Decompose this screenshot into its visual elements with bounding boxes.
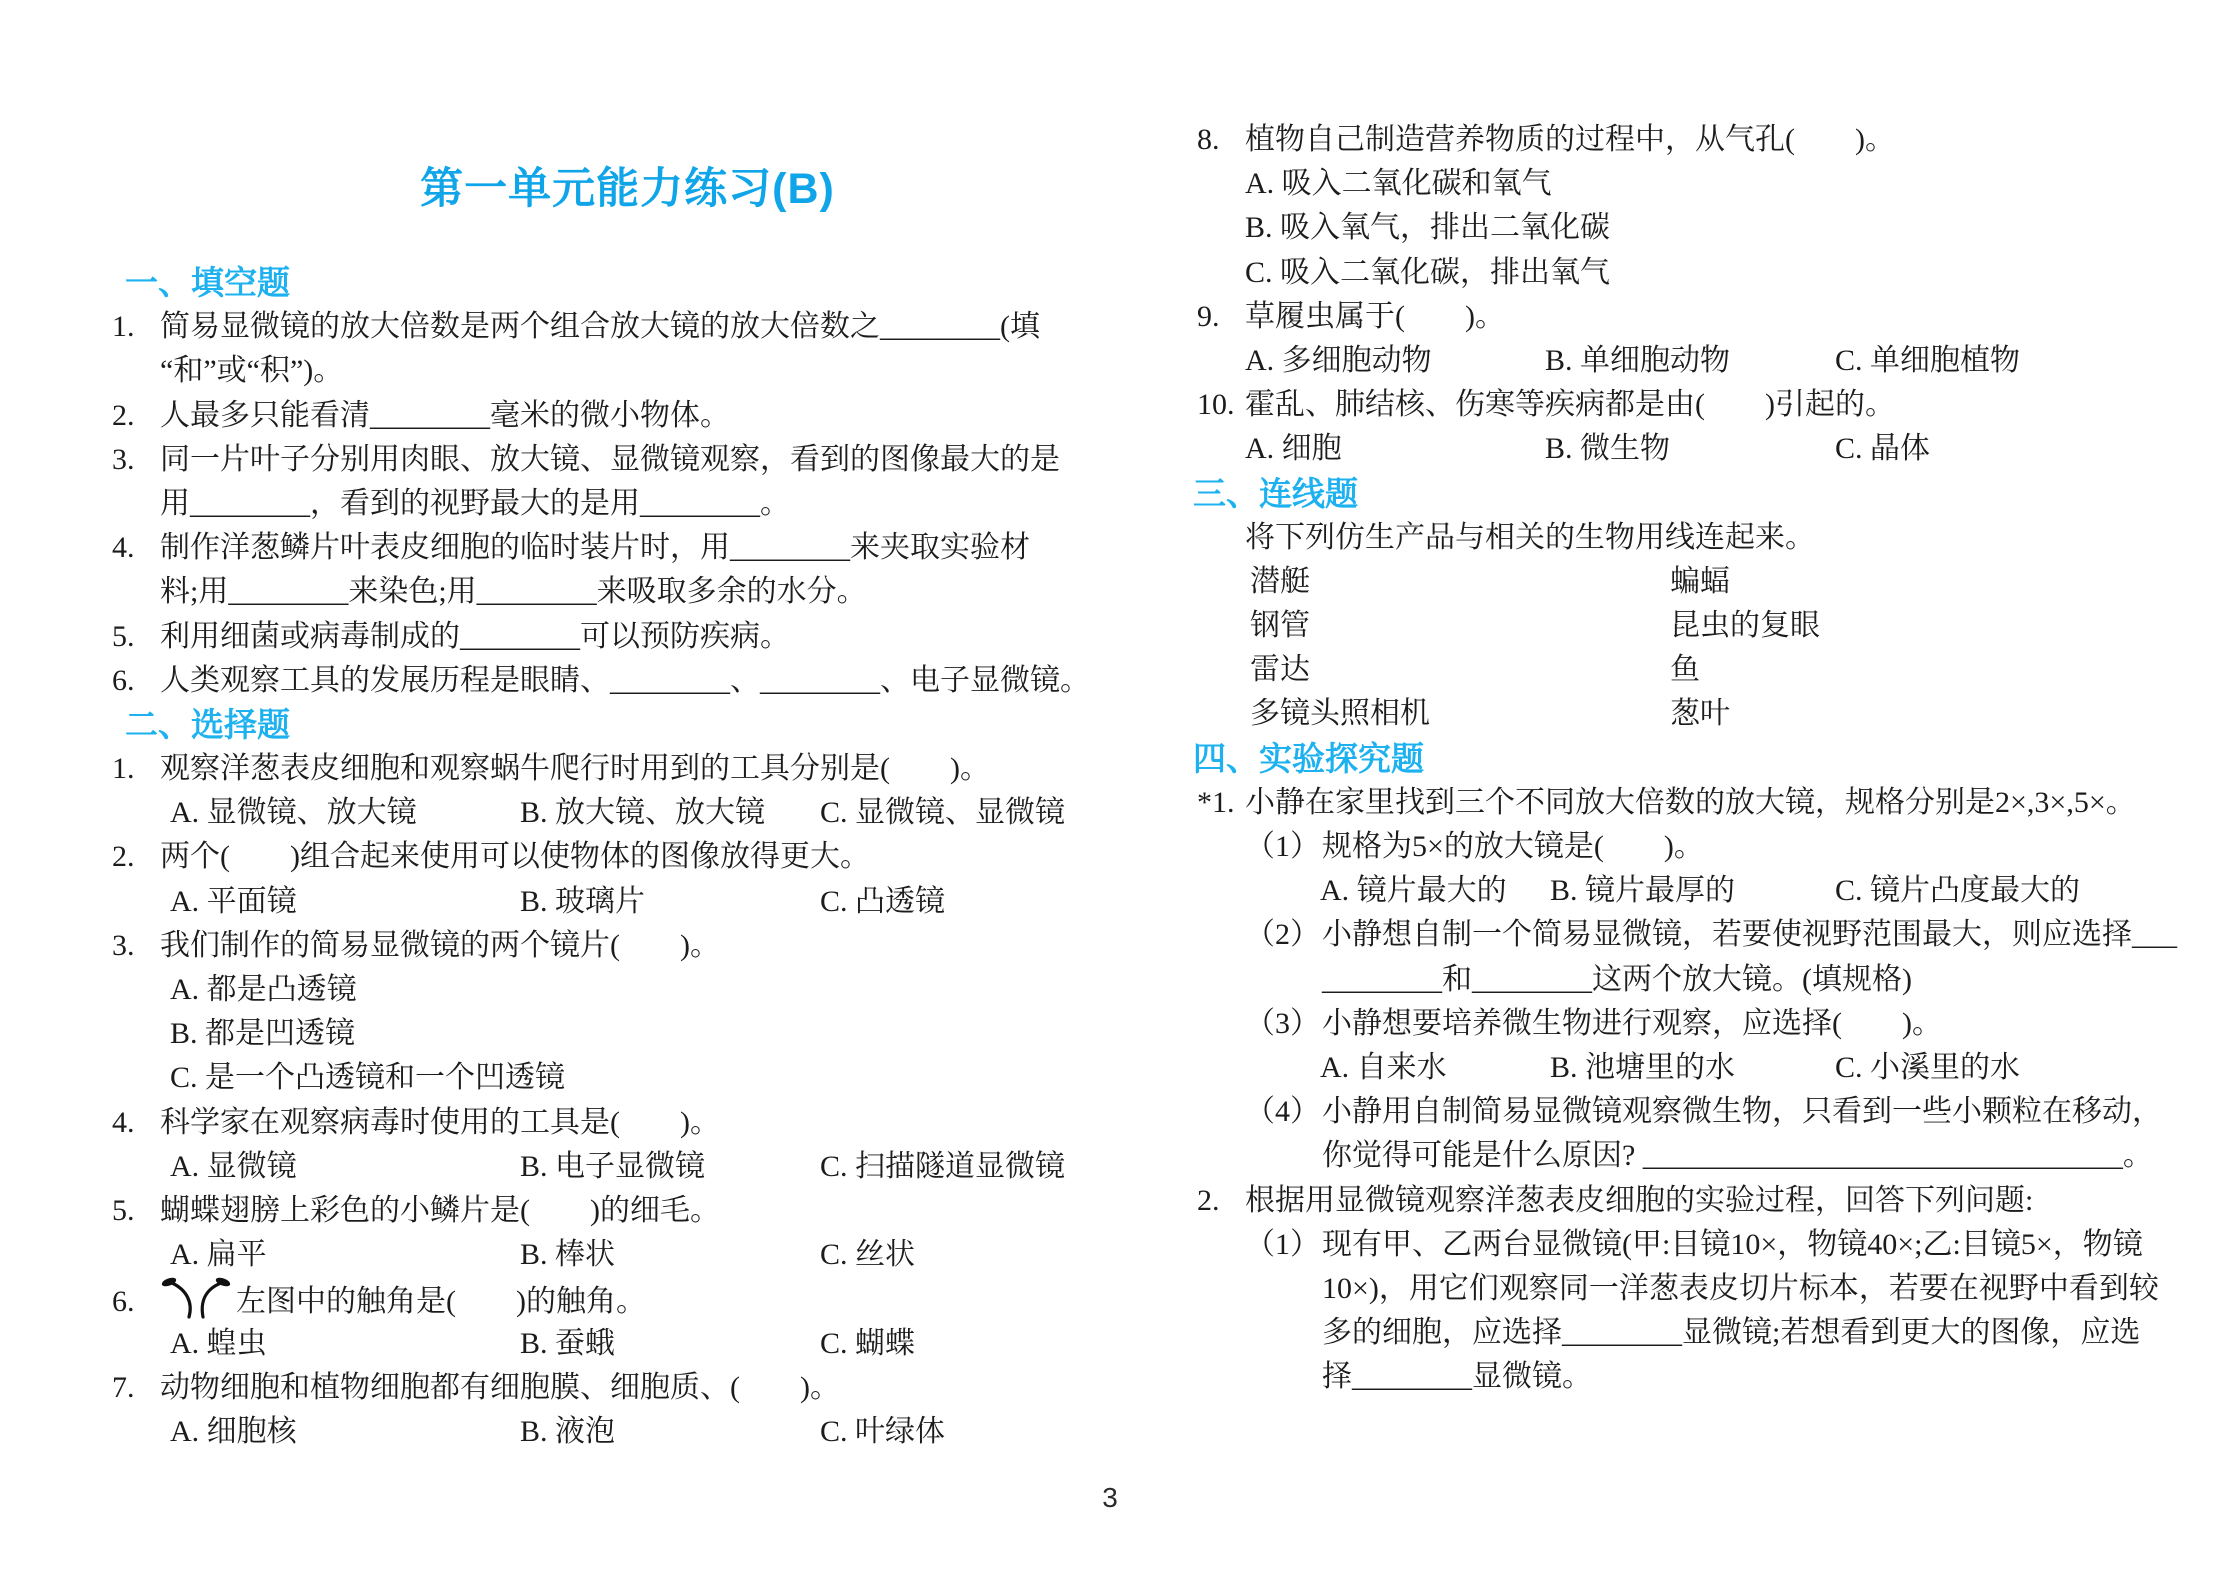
question-number: 6. [112,1280,160,1324]
question-text: 将下列仿生产品与相关的生物用线连起来。 [1245,521,1815,554]
match-right-item: 鱼 [1670,648,1700,692]
option-b: B. 棒状 [520,1233,820,1277]
sub-question-text: ________和________这两个放大镜。(填规格) [1322,963,1912,996]
sub-question-text: 规格为5×的放大镜是( )。 [1322,830,1704,863]
question-number: 8. [1197,118,1245,162]
option-c: C. 晶体 [1835,427,2200,471]
worksheet-page: 第一单元能力练习(B) 一、填空题1.简易显微镜的放大倍数是两个组合放大镜的放大… [0,0,2220,1571]
option-b: B. 池塘里的水 [1550,1046,1835,1090]
options-row: A. 多细胞动物B. 单细胞动物C. 单细胞植物 [1185,339,2200,383]
question-text: 简易显微镜的放大倍数是两个组合放大镜的放大倍数之________(填 [160,310,1040,343]
question-text: 根据用显微镜观察洋葱表皮细胞的实验过程，回答下列问题: [1245,1184,2033,1217]
sub-question-text: 择________显微镜。 [1322,1360,1592,1393]
question-text: 小静在家里找到三个不同放大倍数的放大镜，规格分别是2×,3×,5×。 [1245,786,2136,819]
question-line: 3.我们制作的简易显微镜的两个镜片( )。 [95,924,1105,968]
question-line: 4.科学家在观察病毒时使用的工具是( )。 [95,1101,1105,1145]
match-left-item: 潜艇 [1250,560,1670,604]
options-row: A. 显微镜、放大镜B. 放大镜、放大镜C. 显微镜、显微镜 [95,791,1105,835]
sub-question-number: （3） [1245,1002,1322,1046]
question-text: 制作洋葱鳞片叶表皮细胞的临时装片时，用________来夹取实验材 [160,531,1030,564]
question-number: 2. [1197,1179,1245,1223]
option-a: A. 自来水 [1320,1046,1550,1090]
option-b: B. 镜片最厚的 [1550,869,1835,913]
question-number: 2. [112,394,160,438]
question-number: 1. [112,747,160,791]
question-text: 料;用________来染色;用________来吸取多余的水分。 [160,575,867,608]
question-number: 5. [112,1189,160,1233]
question-number: 1. [112,305,160,349]
question-continuation-line: 用________，看到的视野最大的是用________。 [95,482,1105,526]
options-row: A. 平面镜B. 玻璃片C. 凸透镜 [95,880,1105,924]
options-row: A. 扁平B. 棒状C. 丝状 [95,1233,1105,1277]
question-text: 观察洋葱表皮细胞和观察蜗牛爬行时用到的工具分别是( )。 [160,752,990,785]
option-a: A. 细胞核 [170,1410,520,1454]
sub-question-continuation-line: ________和________这两个放大镜。(填规格) [1185,958,2200,1002]
question-text: 两个( )组合起来使用可以使物体的图像放得更大。 [160,840,870,873]
option-line: A. 都是凸透镜 [95,968,1105,1012]
question-line: 6.人类观察工具的发展历程是眼睛、________、________、电子显微镜… [95,659,1105,703]
option-text: C. 是一个凸透镜和一个凹透镜 [170,1061,565,1094]
question-line: 2.两个( )组合起来使用可以使物体的图像放得更大。 [95,835,1105,879]
option-a: A. 细胞 [1245,427,1545,471]
question-text: 蝴蝶翅膀上彩色的小鳞片是( )的细毛。 [160,1194,720,1227]
option-line: C. 是一个凸透镜和一个凹透镜 [95,1056,1105,1100]
match-right-item: 蝙蝠 [1670,560,1730,604]
option-c: C. 显微镜、显微镜 [820,791,1105,835]
option-text: A. 都是凸透镜 [170,973,357,1006]
match-right-item: 昆虫的复眼 [1670,604,1820,648]
question-continuation-line: “和”或“积”)。 [95,349,1105,393]
question-number: 6. [112,659,160,703]
question-line: 10.霍乱、肺结核、伤寒等疾病都是由( )引起的。 [1185,383,2200,427]
sub-question-number: （1） [1245,825,1322,869]
option-b: B. 微生物 [1545,427,1835,471]
option-c: C. 扫描隧道显微镜 [820,1145,1105,1189]
sub-question-text: 现有甲、乙两台显微镜(甲:目镜10×，物镜40×;乙:目镜5×，物镜 [1322,1228,2143,1261]
question-text: 草履虫属于( )。 [1245,300,1505,333]
sub-question-continuation-line: 你觉得可能是什么原因? ____________________________… [1185,1134,2200,1178]
option-text: B. 吸入氧气，排出二氧化碳 [1245,211,1610,244]
option-b: B. 电子显微镜 [520,1145,820,1189]
question-text: 用________，看到的视野最大的是用________。 [160,487,790,520]
sub-question-number: （2） [1245,913,1322,957]
sub-question-text: 你觉得可能是什么原因? ____________________________… [1322,1139,2153,1172]
section-heading: 四、实验探究题 [1185,737,2200,781]
sub-question-line: （1）现有甲、乙两台显微镜(甲:目镜10×，物镜40×;乙:目镜5×，物镜 [1185,1223,2200,1267]
question-text: “和”或“积”)。 [160,354,343,387]
options-row: A. 细胞核B. 液泡C. 叶绿体 [95,1410,1105,1454]
option-b: B. 蚕蛾 [520,1322,820,1366]
page-number: 3 [0,1482,2220,1514]
question-line: 3.同一片叶子分别用肉眼、放大镜、显微镜观察，看到的图像最大的是 [95,438,1105,482]
option-text: B. 都是凹透镜 [170,1017,355,1050]
option-b: B. 单细胞动物 [1545,339,1835,383]
option-a: A. 显微镜、放大镜 [170,791,520,835]
option-a: A. 多细胞动物 [1245,339,1545,383]
option-line: B. 都是凹透镜 [95,1012,1105,1056]
question-line: 5.蝴蝶翅膀上彩色的小鳞片是( )的细毛。 [95,1189,1105,1233]
section-heading: 一、填空题 [95,261,1105,305]
right-column: 8.植物自己制造营养物质的过程中，从气孔( )。A. 吸入二氧化碳和氧气B. 吸… [1185,0,2200,1399]
question-line: 9.草履虫属于( )。 [1185,295,2200,339]
option-c: C. 叶绿体 [820,1410,1105,1454]
question-text: 霍乱、肺结核、伤寒等疾病都是由( )引起的。 [1245,388,1895,421]
question-line: 8.植物自己制造营养物质的过程中，从气孔( )。 [1185,118,2200,162]
option-a: A. 扁平 [170,1233,520,1277]
question-number: 5. [112,615,160,659]
matching-row: 多镜头照相机葱叶 [1185,692,2200,736]
sub-question-line: （1）规格为5×的放大镜是( )。 [1185,825,2200,869]
question-line: 1.观察洋葱表皮细胞和观察蜗牛爬行时用到的工具分别是( )。 [95,747,1105,791]
option-c: C. 凸透镜 [820,880,1105,924]
question-number: 7. [112,1366,160,1410]
question-text: 人最多只能看清________毫米的微小物体。 [160,399,730,432]
sub-question-continuation-line: 择________显微镜。 [1185,1355,2200,1399]
sub-question-continuation-line: 10×)，用它们观察同一洋葱表皮切片标本，若要在视野中看到较 [1185,1267,2200,1311]
question-continuation-line: 料;用________来染色;用________来吸取多余的水分。 [95,570,1105,614]
option-a: A. 显微镜 [170,1145,520,1189]
question-line-with-icons: 6.左图中的触角是( )的触角。 [95,1277,1105,1321]
options-row: A. 显微镜B. 电子显微镜C. 扫描隧道显微镜 [95,1145,1105,1189]
question-text: 植物自己制造营养物质的过程中，从气孔( )。 [1245,123,1895,156]
option-a: A. 平面镜 [170,880,520,924]
sub-question-text: 小静想自制一个简易显微镜，若要使视野范围最大，则应选择___ [1322,918,2177,951]
question-number: 3. [112,438,160,482]
option-c: C. 丝状 [820,1233,1105,1277]
match-left-item: 多镜头照相机 [1250,692,1670,736]
section-heading: 三、连线题 [1185,472,2200,516]
match-left-item: 雷达 [1250,648,1670,692]
option-line: C. 吸入二氧化碳，排出氧气 [1185,251,2200,295]
butterfly-antenna-left-icon [160,1277,194,1319]
sub-question-line: （3）小静想要培养微生物进行观察，应选择( )。 [1185,1002,2200,1046]
matching-row: 钢管昆虫的复眼 [1185,604,2200,648]
butterfly-antenna-right-icon [198,1277,232,1319]
matching-row: 雷达鱼 [1185,648,2200,692]
option-c: C. 小溪里的水 [1835,1046,2200,1090]
right-column-lines: 8.植物自己制造营养物质的过程中，从气孔( )。A. 吸入二氧化碳和氧气B. 吸… [1185,118,2200,1399]
section-heading: 二、选择题 [95,703,1105,747]
option-c: C. 蝴蝶 [820,1322,1105,1366]
question-line: *1.小静在家里找到三个不同放大倍数的放大镜，规格分别是2×,3×,5×。 [1185,781,2200,825]
sub-question-text: 多的细胞，应选择________显微镜;若想看到更大的图像，应选 [1322,1316,2140,1349]
options-row: A. 细胞B. 微生物C. 晶体 [1185,427,2200,471]
sub-question-line: （2）小静想自制一个简易显微镜，若要使视野范围最大，则应选择___ [1185,913,2200,957]
question-line: 1.简易显微镜的放大倍数是两个组合放大镜的放大倍数之________(填 [95,305,1105,349]
question-number: 10. [1197,383,1245,427]
option-text: C. 吸入二氧化碳，排出氧气 [1245,256,1610,289]
question-number: 4. [112,526,160,570]
option-a: A. 镜片最大的 [1320,869,1550,913]
match-right-item: 葱叶 [1670,692,1730,736]
question-continuation-line: 将下列仿生产品与相关的生物用线连起来。 [1185,516,2200,560]
question-line: 5.利用细菌或病毒制成的________可以预防疾病。 [95,615,1105,659]
question-number: 2. [112,835,160,879]
options-row: A. 蝗虫B. 蚕蛾C. 蝴蝶 [95,1322,1105,1366]
option-c: C. 镜片凸度最大的 [1835,869,2200,913]
option-text: A. 吸入二氧化碳和氧气 [1245,167,1552,200]
question-line: 2.人最多只能看清________毫米的微小物体。 [95,394,1105,438]
left-column-lines: 一、填空题1.简易显微镜的放大倍数是两个组合放大镜的放大倍数之________(… [95,261,1105,1454]
sub-question-text: 小静用自制简易显微镜观察微生物，只看到一些小颗粒在移动， [1322,1095,2162,1128]
option-b: B. 液泡 [520,1410,820,1454]
question-number: *1. [1197,781,1245,825]
question-line: 4.制作洋葱鳞片叶表皮细胞的临时装片时，用________来夹取实验材 [95,526,1105,570]
option-b: B. 玻璃片 [520,880,820,924]
question-line: 2.根据用显微镜观察洋葱表皮细胞的实验过程，回答下列问题: [1185,1179,2200,1223]
question-text: 科学家在观察病毒时使用的工具是( )。 [160,1106,720,1139]
match-left-item: 钢管 [1250,604,1670,648]
question-text: 动物细胞和植物细胞都有细胞膜、细胞质、( )。 [160,1371,840,1404]
sub-question-continuation-line: 多的细胞，应选择________显微镜;若想看到更大的图像，应选 [1185,1311,2200,1355]
sub-question-text: 小静想要培养微生物进行观察，应选择( )。 [1322,1007,1942,1040]
sub-question-number: （4） [1245,1090,1322,1134]
left-column: 第一单元能力练习(B) 一、填空题1.简易显微镜的放大倍数是两个组合放大镜的放大… [95,0,1105,1454]
sub-question-text: 10×)，用它们观察同一洋葱表皮切片标本，若要在视野中看到较 [1322,1272,2159,1305]
question-text: 同一片叶子分别用肉眼、放大镜、显微镜观察，看到的图像最大的是 [160,443,1060,476]
question-text: 利用细菌或病毒制成的________可以预防疾病。 [160,620,790,653]
option-a: A. 蝗虫 [170,1322,520,1366]
option-b: B. 放大镜、放大镜 [520,791,820,835]
option-c: C. 单细胞植物 [1835,339,2200,383]
sub-question-number: （1） [1245,1223,1322,1267]
question-text: 左图中的触角是( )的触角。 [236,1285,646,1318]
question-line: 7.动物细胞和植物细胞都有细胞膜、细胞质、( )。 [95,1366,1105,1410]
option-line: B. 吸入氧气，排出二氧化碳 [1185,206,2200,250]
sub-question-line: （4）小静用自制简易显微镜观察微生物，只看到一些小颗粒在移动， [1185,1090,2200,1134]
options-row: A. 自来水B. 池塘里的水C. 小溪里的水 [1185,1046,2200,1090]
matching-row: 潜艇蝙蝠 [1185,560,2200,604]
question-number: 9. [1197,295,1245,339]
page-title: 第一单元能力练习(B) [95,163,1105,215]
options-row: A. 镜片最大的B. 镜片最厚的C. 镜片凸度最大的 [1185,869,2200,913]
question-text: 人类观察工具的发展历程是眼睛、________、________、电子显微镜。 [160,664,1090,697]
question-number: 4. [112,1101,160,1145]
question-text: 我们制作的简易显微镜的两个镜片( )。 [160,929,720,962]
option-line: A. 吸入二氧化碳和氧气 [1185,162,2200,206]
question-number: 3. [112,924,160,968]
